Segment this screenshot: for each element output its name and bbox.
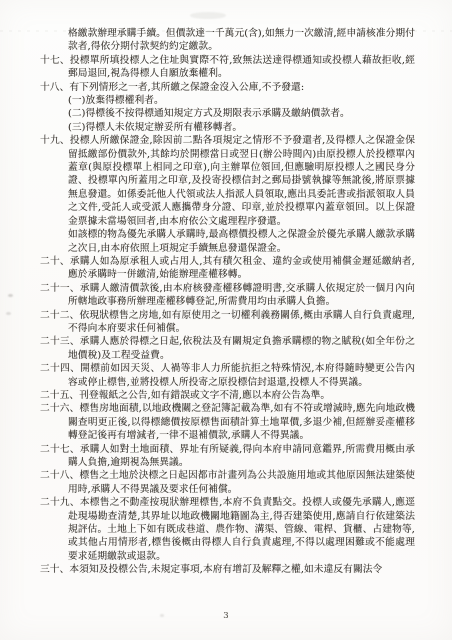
clause-number: 二十五、 — [40, 390, 79, 401]
clause-number: 二十七、 — [40, 444, 80, 455]
clause-number: 十九、 — [40, 135, 70, 146]
clause-text: 刊登報紙之公告,如有錯誤或文字不清,應以本府公告為準。 — [79, 390, 330, 401]
clause-text: 本標售之不動產按現狀辦理標售,本府不負責點交。投標人或優先承購人,應逕赴現場勘查… — [68, 497, 415, 562]
clause-number: 二十八、 — [40, 470, 79, 481]
clause-30: 三十、本須知及投標公告,未規定事項,本府有增訂及解釋之權,如未違反有關法令 — [40, 563, 415, 576]
clause-26: 二十六、標售房地面積,以地政機關之登記簿記載為準,如有不符或增減時,應先向地政機… — [40, 402, 415, 442]
clause-text: 開標前如因天災、人禍等非人力所能抗拒之特殊情況,本府得隨時變更公告內容或停止標售… — [68, 363, 415, 387]
scan-speck — [6, 312, 11, 315]
clause-number: 二十二、 — [40, 310, 80, 321]
clause-text: 承購人應於得標之日起,依稅法及有關規定負擔承購標的物之賦稅(如全年份之地價稅)及… — [68, 336, 415, 360]
clause-18-subitem-1: (一)放棄得標權利者。 — [68, 94, 415, 107]
clause-number: 二十一、 — [40, 283, 80, 294]
clause-25: 二十五、刊登報紙之公告,如有錯誤或文字不清,應以本府公告為準。 — [40, 389, 415, 402]
clause-text: 有下列情形之一者,其所繳之保證金沒入公庫,不予發還: — [69, 82, 304, 93]
clause-number: 三十、 — [40, 564, 69, 575]
clause-28: 二十八、標售之土地於決標之日起因都市計畫列為公共設施用地或其他原因無法建築使用時… — [40, 469, 415, 496]
clause-23: 二十三、承購人應於得標之日起,依稅法及有關規定負擔承購標的物之賦稅(如全年份之地… — [40, 335, 415, 362]
clause-number: 二十、 — [40, 256, 70, 267]
clause-number: 十七、 — [40, 55, 70, 66]
clause-text: 標售之土地於決標之日起因都市計畫列為公共設施用地或其他原因無法建築使用時,承購人… — [68, 470, 415, 494]
scanned-document-page: 格繳款辦理承購手續。但價款達一千萬元(含),如無力一次繳清,經申請核准分期付款者… — [0, 0, 452, 640]
clause-text: 標售房地面積,以地政機關之登記簿記載為準,如有不符或增減時,應先向地政機關查明更… — [68, 403, 415, 441]
continuation-paragraph: 格繳款辦理承購手續。但價款達一千萬元(含),如無力一次繳清,經申請核准分期付款者… — [68, 27, 415, 54]
clause-number: 二十三、 — [40, 336, 80, 347]
clause-number: 二十六、 — [40, 403, 80, 414]
scan-smudge — [190, 12, 226, 19]
clause-18: 十八、有下列情形之一者,其所繳之保證金沒入公庫,不予發還: — [40, 81, 415, 94]
clause-number: 二十九、 — [40, 497, 80, 508]
clause-number: 十八、 — [40, 82, 69, 93]
clause-text: 承購人如為原承租人或占用人,其有積欠租金、違約金或使用補償金遲延繳納者,應於承購… — [68, 256, 415, 280]
clause-19-paragraph-2: 如該標的物為優先承購人承購時,最高標價投標人之保證金於優先承購人繳款承購之次日,… — [68, 228, 415, 255]
clause-18-subitem-3: (三)得標人未依規定辦妥所有權移轉者。 — [68, 121, 415, 134]
clause-17: 十七、投標單所填投標人之住址與實際不符,致無法送達得標通知或投標人藉故拒收,經郵… — [40, 54, 415, 81]
clause-text: 投標人所繳保證金,除因前二點各項規定之情形不予發還者,及得標人之保證金保留抵繳部… — [68, 135, 415, 226]
clause-text-block: 格繳款辦理承購手續。但價款達一千萬元(含),如無力一次繳清,經申請核准分期付款者… — [40, 27, 415, 577]
clause-29: 二十九、本標售之不動產按現狀辦理標售,本府不負責點交。投標人或優先承購人,應逕赴… — [40, 496, 415, 563]
clause-text: 承購人繳清價款後,由本府核發產權移轉證明書,交承購人依規定於一個月內向所轄地政事… — [68, 283, 415, 307]
clause-21: 二十一、承購人繳清價款後,由本府核發產權移轉證明書,交承購人依規定於一個月內向所… — [40, 282, 415, 309]
clause-27: 二十七、承購人如對土地面積、界址有所疑義,得向本府申請同意鑑界,所需費用概由承購… — [40, 443, 415, 470]
clause-text: 承購人如對土地面積、界址有所疑義,得向本府申請同意鑑界,所需費用概由承購人負擔,… — [68, 444, 415, 468]
clause-22: 二十二、依現狀標售之房地,如有原使用之一切權利義務關係,概由承購人自行負責處理,… — [40, 309, 415, 336]
page-number: 3 — [0, 611, 452, 621]
clause-text: 本須知及投標公告,未規定事項,本府有增訂及解釋之權,如未違反有關法令 — [69, 564, 382, 575]
clause-19: 十九、投標人所繳保證金,除因前二點各項規定之情形不予發還者,及得標人之保證金保留… — [40, 134, 415, 228]
clause-18-subitem-2: (二)得標後不按得標通知規定方式及期限表示承購及繳納價款者。 — [68, 107, 415, 120]
clause-text: 投標單所填投標人之住址與實際不符,致無法送達得標通知或投標人藉故拒收,經郵局退回… — [68, 55, 415, 79]
clause-number: 二十四、 — [40, 363, 80, 374]
clause-24: 二十四、開標前如因天災、人禍等非人力所能抗拒之特殊情況,本府得隨時變更公告內容或… — [40, 362, 415, 389]
scan-speck — [8, 294, 13, 297]
clause-20: 二十、承購人如為原承租人或占用人,其有積欠租金、違約金或使用補償金遲延繳納者,應… — [40, 255, 415, 282]
clause-text: 依現狀標售之房地,如有原使用之一切權利義務關係,概由承購人自行負責處理,不得向本… — [68, 310, 415, 334]
